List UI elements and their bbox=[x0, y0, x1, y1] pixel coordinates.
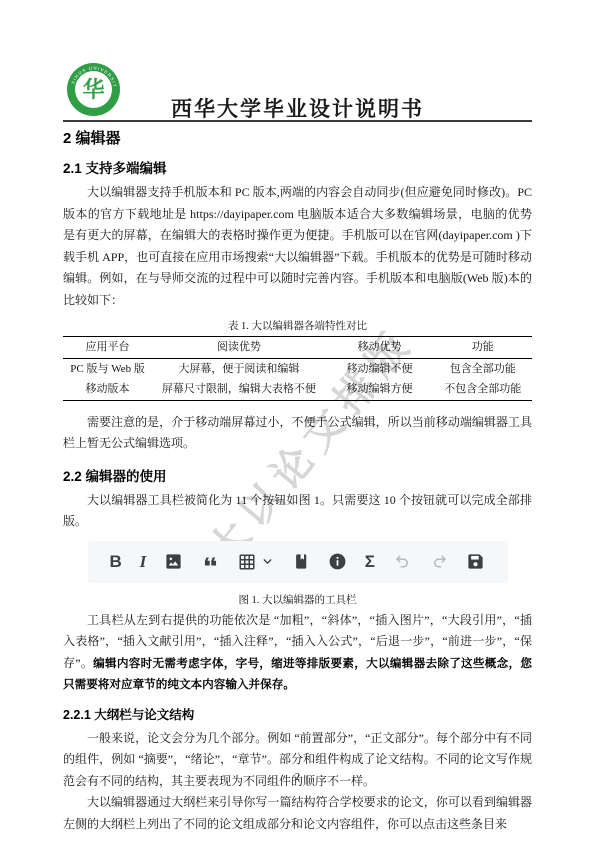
table-header-features: 功能 bbox=[433, 337, 532, 359]
save-icon bbox=[466, 552, 485, 571]
table-caption: 表 1. 大以编辑器各端特性对比 bbox=[63, 318, 532, 333]
insert-formula-button[interactable]: Σ bbox=[365, 553, 375, 570]
table-header-row: 应用平台 阅读优势 移动优势 功能 bbox=[63, 337, 532, 359]
table-cell: 移动版本 bbox=[63, 379, 152, 400]
document-title: 西华大学毕业设计说明书 bbox=[63, 93, 532, 123]
insert-citation-button[interactable] bbox=[292, 552, 310, 571]
insert-table-button[interactable] bbox=[238, 553, 256, 571]
heading-2-2: 2.2 编辑器的使用 bbox=[63, 467, 532, 487]
comparison-table: 应用平台 阅读优势 移动优势 功能 PC 版与 Web 版 大屏幕，便于阅读和编… bbox=[63, 336, 532, 401]
table-cell: 屏幕尺寸限制，编辑大表格不便 bbox=[152, 379, 326, 400]
toolbar-figure: B I bbox=[63, 541, 532, 607]
editor-toolbar: B I bbox=[88, 541, 508, 583]
table-icon bbox=[238, 553, 256, 571]
paragraph: 需要注意的是，介于移动端屏幕过小，不便于公式编辑，所以当前移动端编辑器工具栏上暂… bbox=[63, 412, 532, 455]
table-header-reading: 阅读优势 bbox=[152, 337, 326, 359]
blockquote-button[interactable] bbox=[201, 552, 220, 571]
table-cell: 移动编辑方便 bbox=[326, 379, 434, 400]
table-row: PC 版与 Web 版 大屏幕，便于阅读和编辑 移动编辑不便 包含全部功能 bbox=[63, 358, 532, 379]
document-header: XIHUA UNIVERSITY 华 西华大学毕业设计说明书 bbox=[63, 0, 532, 122]
chevron-down-icon bbox=[261, 555, 274, 568]
paragraph: 工具栏从左到右提供的功能依次是 “加粗”，“斜体”，“插入图片”，“大段引用”，… bbox=[63, 610, 532, 696]
heading-2: 2 编辑器 bbox=[63, 128, 532, 150]
table-cell: PC 版与 Web 版 bbox=[63, 358, 152, 379]
quote-icon bbox=[201, 552, 220, 571]
undo-icon bbox=[393, 552, 412, 571]
document-page: 大以论文排版 XIHUA UNIVERSITY 华 西华大学毕业设计说明书 2 … bbox=[0, 0, 595, 842]
heading-2-1: 2.1 支持多端编辑 bbox=[63, 159, 532, 179]
table-dropdown-button[interactable] bbox=[261, 555, 274, 568]
table-cell: 大屏幕，便于阅读和编辑 bbox=[152, 358, 326, 379]
heading-2-2-1: 2.2.1 大纲栏与论文结构 bbox=[63, 706, 532, 725]
paragraph-bold-run: 编辑内容时无需考虑字体，字号，缩进等排版要素，大以编辑器去除了这些概念，您只需要… bbox=[63, 657, 532, 692]
paragraph: 大以编辑器支持手机版本和 PC 版本,两端的内容会自动同步(但应避免同时修改)。… bbox=[63, 182, 532, 311]
image-icon bbox=[164, 552, 183, 571]
figure-caption: 图 1. 大以编辑器的工具栏 bbox=[63, 592, 532, 607]
page-number: 2 bbox=[0, 771, 595, 783]
insert-annotation-button[interactable] bbox=[328, 552, 347, 571]
bold-icon: B bbox=[110, 553, 122, 570]
italic-button[interactable]: I bbox=[140, 553, 147, 570]
table-cell: 移动编辑不便 bbox=[326, 358, 434, 379]
paragraph: 大以编辑器通过大纲栏来引导你写一篇结构符合学校要求的论文，你可以看到编辑器左侧的… bbox=[63, 792, 532, 835]
table-cell: 包含全部功能 bbox=[433, 358, 532, 379]
sigma-icon: Σ bbox=[365, 553, 375, 570]
table-row: 移动版本 屏幕尺寸限制，编辑大表格不便 移动编辑方便 不包含全部功能 bbox=[63, 379, 532, 400]
undo-button[interactable] bbox=[393, 552, 412, 571]
save-button[interactable] bbox=[466, 552, 485, 571]
insert-image-button[interactable] bbox=[164, 552, 183, 571]
table-header-mobility: 移动优势 bbox=[326, 337, 434, 359]
bold-button[interactable]: B bbox=[110, 553, 122, 570]
redo-button[interactable] bbox=[430, 552, 449, 571]
italic-icon: I bbox=[140, 553, 147, 570]
paragraph: 大以编辑器工具栏被简化为 11 个按钮如图 1。只需要这 10 个按钮就可以完成… bbox=[63, 490, 532, 533]
table-cell: 不包含全部功能 bbox=[433, 379, 532, 400]
redo-icon bbox=[430, 552, 449, 571]
page-content: XIHUA UNIVERSITY 华 西华大学毕业设计说明书 2 编辑器 2.1… bbox=[0, 0, 595, 835]
info-icon bbox=[328, 552, 347, 571]
citation-book-icon bbox=[292, 552, 310, 571]
header-rule bbox=[63, 120, 532, 122]
table-header-platform: 应用平台 bbox=[63, 337, 152, 359]
